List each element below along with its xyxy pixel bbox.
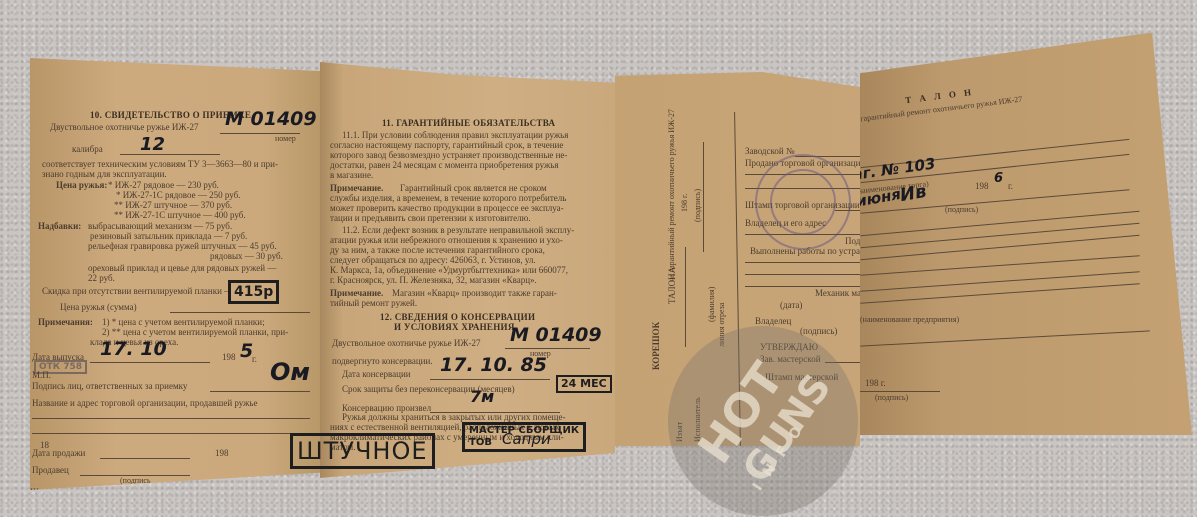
note-text: Гарантийный срок является не сроком [400,183,547,194]
sold-sign-handwritten: Ив [898,181,928,206]
caliber-handwritten: 12 [140,134,165,155]
warranty-text: 11.2. Если дефект возник в результате не… [342,225,574,236]
order-label: Заводской № [745,146,795,157]
master-label: Механик мастерской [815,288,860,299]
price-sum-label: Цена ружья (сумма) [60,302,137,313]
sign2: (подпись) [875,393,908,404]
conservator-handwritten: 7м [470,387,494,406]
sale-year: 198 [215,448,229,459]
seller-label: Продавец [32,465,69,476]
passport-page-acceptance: 10. СВИДЕТЕЛЬСТВО О ПРИЕМКЕ Двуствольное… [30,58,320,490]
warranty-text: К. Маркса, 1а, объединение «Удмуртбыттех… [330,265,568,276]
warranty-text: г. Красноярск, ул. П. Железняка, 32, маг… [330,275,537,286]
shop-stamp-label: Штамп магазина [30,487,94,490]
price-stamp: 415р [228,280,279,304]
stub-subtitle: на гарантийный ремонт охотничьего ружья … [667,109,676,282]
surcharge-label: Надбавки: [38,221,81,232]
note-text: службы изделия, а временем, в течение ко… [330,193,566,204]
mp-label: М.П. [32,370,51,381]
sold-year-handwritten: 6 [994,171,1003,186]
owner-sign-label: Подпись [845,236,860,247]
serial-handwritten: М 01409 [225,108,317,130]
stub-surname: (фамилия) [707,287,716,322]
price-item: ** ИЖ-27 штучное — 370 руб. [114,200,232,211]
warranty-text: следует обращаться по адресу: 426063, г.… [330,255,536,266]
surcharge-item: 22 руб. [88,273,115,284]
gun-line: Двуствольное охотничье ружье ИЖ-27 [50,122,199,133]
section-title: 12. СВЕДЕНИЯ О КОНСЕРВАЦИИ [380,312,535,323]
org-label: Название и адрес торговой организации, п… [32,398,257,409]
warranty-text: которого завод безвозмездно устраняет пр… [330,150,567,161]
piece-grade-stamp: ШТУЧНОЕ [290,433,435,469]
owner2-label: Владелец [755,316,791,327]
price-item: * ИЖ-27-1С рядовое — 250 руб. [116,190,240,201]
warranty-text: 11.1. При условии соблюдения правил эксп… [342,130,568,141]
warranty-text: достатки, равен 24 месяцам с момента при… [330,160,558,171]
serial-label: номер [275,134,296,145]
conservation-date-handwritten: 17. 10. 85 [440,354,547,376]
page-number: 18 [40,440,49,451]
year-suffix: г. [1008,181,1013,192]
stub-label: КОРЕШОК [651,322,661,370]
master-signature: Сапри [502,430,551,448]
price-label: Цена ружья: [56,180,107,191]
section-title: 11. ГАРАНТИЙНЫЕ ОБЯЗАТЕЛЬСТВА [382,118,555,129]
surcharge-item: ореховый приклад и цевье для рядовых руж… [88,263,276,274]
storage-text: Ружья должны храниться в закрытых или др… [342,412,565,423]
warranty-text: в магазине. [330,170,373,181]
conservation-date-label: Дата консервации [342,369,411,380]
warranty-coupon: Т А Л О Н на гарантийный ремонт охотничь… [860,33,1192,435]
signature-handwritten: Ом [270,358,310,386]
surcharge-item: выбрасывающий механизм — 75 руб. [88,221,232,232]
note-text: тийный ремонт ружей. [330,298,417,309]
hotguns-watermark: HOT GUNS INFO [668,326,858,516]
note-item: 2) ** цена с учетом вентилируемой планки… [102,327,288,338]
seller-sub: (подпись [120,476,151,487]
caliber-label: калибра [72,144,103,155]
gun-line: Двуствольное охотничье ружье ИЖ-27 [332,338,481,349]
sign-label: (подпись) [945,205,978,216]
conformity-text: знано годным для эксплуатации. [42,169,167,180]
conformity-text: соответствует техническим условиям ТУ 3—… [42,159,278,170]
surcharge-item: рядовых — 30 руб. [210,251,283,262]
enterprise-label: (наименование предприятия) [860,315,959,326]
date-label: (дата) [780,300,802,311]
note-text: может проверить качество продукции в про… [330,203,564,214]
stamp-label: Штамп торговой организации [745,200,860,211]
conserved-label: подвергнуто консервации. [332,356,433,367]
owner2-sign: (подпись) [800,326,837,337]
serial-handwritten: М 01409 [510,324,602,346]
release-date-handwritten: 17. 10 [100,338,167,360]
note-text: Магазин «Кварц» производит также гаран- [392,288,557,299]
stub-year: 198 г. [680,194,689,212]
work-label: Выполнены работы по устранению неисправн… [750,246,860,257]
sold-year: 198 [975,181,989,192]
surcharge-item: рельефная гравировка ружей штучных — 45 … [88,241,277,252]
passport-page-warranty: 11. ГАРАНТИЙНЫЕ ОБЯЗАТЕЛЬСТВА 11.1. При … [320,62,615,478]
note-item: 1) * цена с учетом вентилируемой планки; [102,317,265,328]
release-year-prefix: 198 [222,352,236,363]
owner-label: Владелец и его адрес [745,218,826,229]
price-item: * ИЖ-27 рядовое — 230 руб. [108,180,219,191]
year-suffix: г. [252,354,257,365]
warranty-text: атации ружья или небрежного отношения к … [330,235,563,246]
section-title: И УСЛОВИЯХ ХРАНЕНИЯ [394,322,515,333]
note-text: тации и предъявить свои претензии к изго… [330,213,531,224]
note-label: Примечание. [330,183,383,194]
signature-label: Подпись лиц, ответственных за приемку [32,381,187,392]
year2: 198 г. [865,378,886,389]
surcharge-item: резиновый затыльник приклада — 7 руб. [90,231,247,242]
note-label: Примечание. [330,288,383,299]
protection-stamp: 24 МЕС [556,375,612,393]
stub-sign: (подпись) [693,189,702,222]
price-item: ** ИЖ-27-1С штучное — 400 руб. [114,210,246,221]
warranty-text: согласно настоящему паспорту, гарантийны… [330,140,563,151]
notes-label: Примечания: [38,317,93,328]
warranty-text: ду за ним, а также после истечения гаран… [330,245,545,256]
